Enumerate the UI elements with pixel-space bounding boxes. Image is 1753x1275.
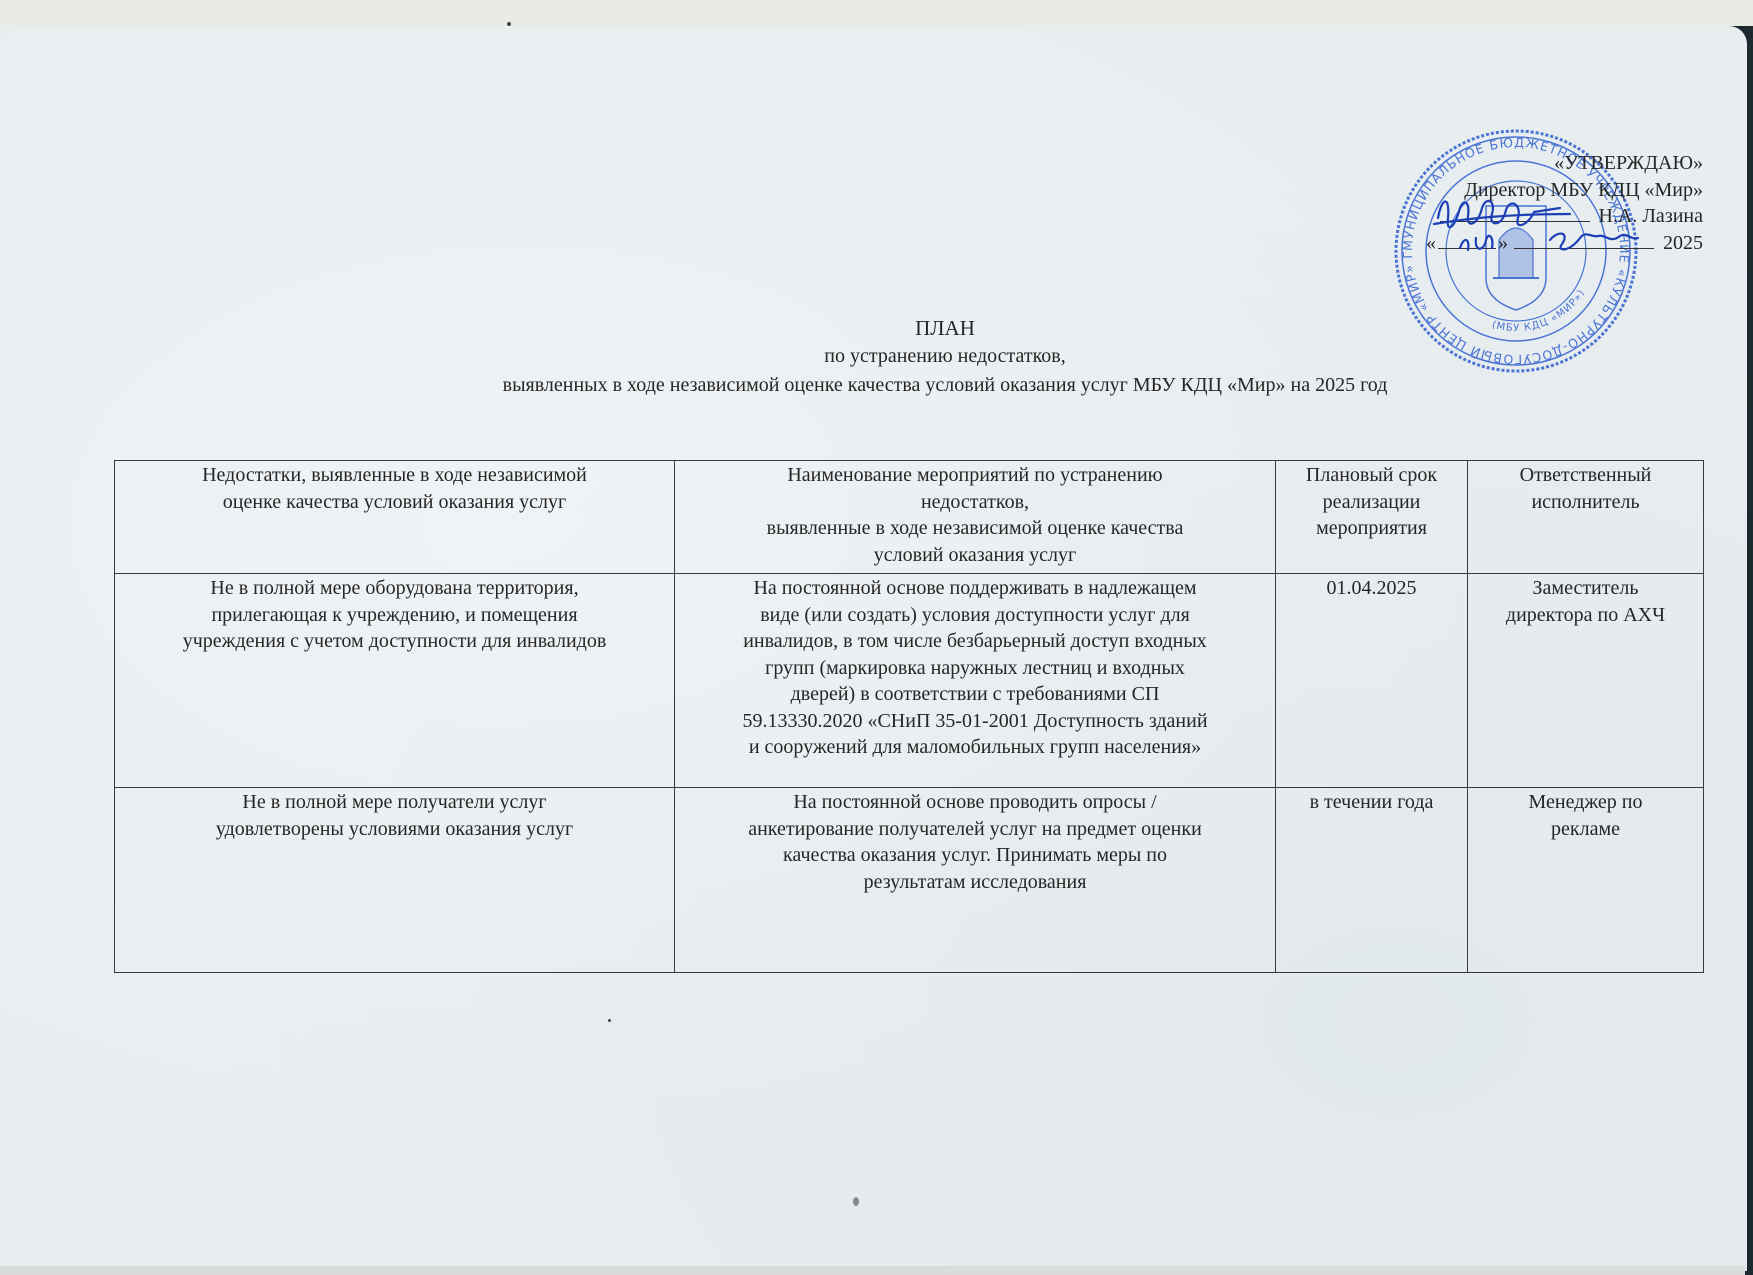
cell-text-line: 59.13330.2020 «СНиП 35-01-2001 Доступнос… bbox=[679, 708, 1271, 735]
cell-text-line: Ответственный bbox=[1472, 462, 1699, 489]
scan-speck bbox=[507, 22, 511, 26]
cell-text-line: оценке качества условий оказания услуг bbox=[119, 489, 670, 516]
approval-heading: «УТВЕРЖДАЮ» bbox=[1403, 150, 1703, 177]
cell-deficiency: Не в полной мере получатели услугудовлет… bbox=[115, 788, 675, 973]
cell-text-line: Наименование мероприятий по устранению bbox=[679, 462, 1271, 489]
cell-text-line: результатам исследования bbox=[679, 869, 1271, 896]
cell-text-line: Менеджер по bbox=[1472, 789, 1699, 816]
scan-top-edge bbox=[0, 0, 1753, 26]
handwritten-signature-icon bbox=[1430, 178, 1660, 268]
cell-text-line: виде (или создать) условия доступности у… bbox=[679, 602, 1271, 629]
cell-text-line: дверей) в соответствии с требованиями СП bbox=[679, 681, 1271, 708]
cell-text-line: На постоянной основе поддерживать в надл… bbox=[679, 575, 1271, 602]
table-header-row: Недостатки, выявленные в ходе независимо… bbox=[115, 461, 1704, 574]
cell-text-line: качества оказания услуг. Принимать меры … bbox=[679, 842, 1271, 869]
cell-text-line: Недостатки, выявленные в ходе независимо… bbox=[119, 462, 670, 489]
scan-bottom-edge bbox=[0, 1266, 1745, 1275]
cell-text-line: прилегающая к учреждению, и помещения bbox=[119, 602, 670, 629]
cell-text-line: удовлетворены условиями оказания услуг bbox=[119, 816, 670, 843]
cell-text-line: директора по АХЧ bbox=[1472, 602, 1699, 629]
cell-text-line: условий оказания услуг bbox=[679, 542, 1271, 569]
header-deficiencies: Недостатки, выявленные в ходе независимо… bbox=[115, 461, 675, 574]
header-deadline: Плановый срокреализациимероприятия bbox=[1276, 461, 1468, 574]
cell-text-line: недостатков, bbox=[679, 489, 1271, 516]
approval-year: 2025 bbox=[1663, 230, 1703, 257]
cell-text-line: анкетирование получателей услуг на предм… bbox=[679, 816, 1271, 843]
plan-table: Недостатки, выявленные в ходе независимо… bbox=[114, 460, 1704, 973]
cell-text-line: Не в полной мере получатели услуг bbox=[119, 789, 670, 816]
header-measures: Наименование мероприятий по устранениюне… bbox=[675, 461, 1276, 574]
table-row: Не в полной мере получатели услугудовлет… bbox=[115, 788, 1704, 973]
cell-text-line: На постоянной основе проводить опросы / bbox=[679, 789, 1271, 816]
cell-text-line: 01.04.2025 bbox=[1280, 575, 1463, 602]
cell-text-line: мероприятия bbox=[1280, 515, 1463, 542]
table-row: Не в полной мере оборудована территория,… bbox=[115, 574, 1704, 788]
cell-responsible: Менеджер порекламе bbox=[1468, 788, 1704, 973]
cell-text-line: групп (маркировка наружных лестниц и вхо… bbox=[679, 655, 1271, 682]
cell-text-line: Заместитель bbox=[1472, 575, 1699, 602]
cell-measure: На постоянной основе проводить опросы /а… bbox=[675, 788, 1276, 973]
cell-deadline: в течении года bbox=[1276, 788, 1468, 973]
cell-text-line: учреждения с учетом доступности для инва… bbox=[119, 628, 670, 655]
svg-text:(МБУ КДЦ «МИР»): (МБУ КДЦ «МИР») bbox=[1491, 287, 1588, 334]
cell-text-line: Плановый срок bbox=[1280, 462, 1463, 489]
cell-text-line: рекламе bbox=[1472, 816, 1699, 843]
cell-measure: На постоянной основе поддерживать в надл… bbox=[675, 574, 1276, 788]
header-responsible: Ответственныйисполнитель bbox=[1468, 461, 1704, 574]
cell-text-line: исполнитель bbox=[1472, 489, 1699, 516]
cell-text-line: реализации bbox=[1280, 489, 1463, 516]
cell-deficiency: Не в полной мере оборудована территория,… bbox=[115, 574, 675, 788]
cell-deadline: 01.04.2025 bbox=[1276, 574, 1468, 788]
cell-text-line: выявленные в ходе независимой оценке кач… bbox=[679, 515, 1271, 542]
stamp-inner-text: (МБУ КДЦ «МИР») bbox=[1491, 287, 1588, 334]
cell-responsible: Заместительдиректора по АХЧ bbox=[1468, 574, 1704, 788]
cell-text-line: Не в полной мере оборудована территория, bbox=[119, 575, 670, 602]
cell-text-line: и сооружений для маломобильных групп нас… bbox=[679, 734, 1271, 761]
scan-speck bbox=[608, 1019, 611, 1022]
cell-text-line: инвалидов, в том числе безбарьерный дост… bbox=[679, 628, 1271, 655]
cell-text-line: в течении года bbox=[1280, 789, 1463, 816]
document-subtitle-2: выявленных в ходе независимой оценке кач… bbox=[0, 374, 1753, 397]
scan-speck bbox=[853, 1197, 859, 1206]
